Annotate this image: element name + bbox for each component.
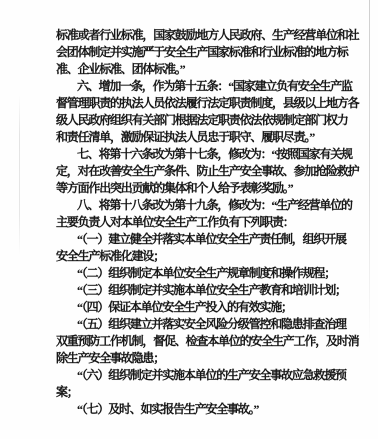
document-text-block: 标准或者行业标准，国家鼓励地方人民政府、生产经营单位和社会团体制定并实施严于安全…	[56, 27, 358, 418]
text-line: 案；	[56, 384, 358, 401]
text-line: 双重预防工作机制，督促、检查本单位的安全生产工作，及时消	[56, 333, 358, 350]
text-line: 除生产安全事故隐患；	[56, 350, 358, 367]
text-line: 准、企业标准、团体标准。”	[56, 61, 358, 78]
text-line: 定，对在改善安全生产条件、防止生产安全事故、参加抢险救护	[56, 163, 358, 180]
text-line: 级人民政府组织有关部门根据法定职责依法依规制定部门权力	[56, 112, 358, 129]
text-line: 标准或者行业标准，国家鼓励地方人民政府、生产经营单位和社	[56, 27, 358, 44]
text-line: 和责任清单，激励保证执法人员忠于职守、履职尽责。”	[56, 129, 358, 146]
text-line: “（二）组织制定本单位安全生产规章制度和操作规程；	[56, 265, 358, 282]
text-line: 会团体制定并实施严于安全生产国家标准和行业标准的地方标	[56, 44, 358, 61]
text-line: 七、将第十六条改为第十七条，修改为：“按照国家有关规	[56, 146, 358, 163]
scanned-document-page: 标准或者行业标准，国家鼓励地方人民政府、生产经营单位和社会团体制定并实施严于安全…	[0, 0, 378, 439]
text-line: 督管理职责的执法人员依法履行法定职责制度，县级以上地方各	[56, 95, 358, 112]
text-line: “（六）组织制定并实施本单位的生产安全事故应急救援预	[56, 367, 358, 384]
text-line: “（七）及时、如实报告生产安全事故。”	[56, 401, 358, 418]
text-line: “（一）建立健全并落实本单位安全生产责任制，组织开展	[56, 231, 358, 248]
text-line: 六、增加一条，作为第十五条：“国家建立负有安全生产监	[56, 78, 358, 95]
text-line: 八、将第十八条改为第十九条，修改为：“生产经营单位的	[56, 197, 358, 214]
text-line: “（三）组织制定并实施本单位安全生产教育和培训计划；	[56, 282, 358, 299]
text-line: “（五）组织建立并落实安全风险分级管控和隐患排查治理	[56, 316, 358, 333]
text-line: “（四）保证本单位安全生产投入的有效实施；	[56, 299, 358, 316]
scan-artifact-line-left	[19, 95, 20, 255]
text-line: 主要负责人对本单位安全生产工作负有下列职责：	[56, 214, 358, 231]
text-line: 安全生产标准化建设；	[56, 248, 358, 265]
scan-artifact-line-right	[369, 0, 370, 345]
text-line: 等方面作出突出贡献的集体和个人给予表彰奖励。”	[56, 180, 358, 197]
